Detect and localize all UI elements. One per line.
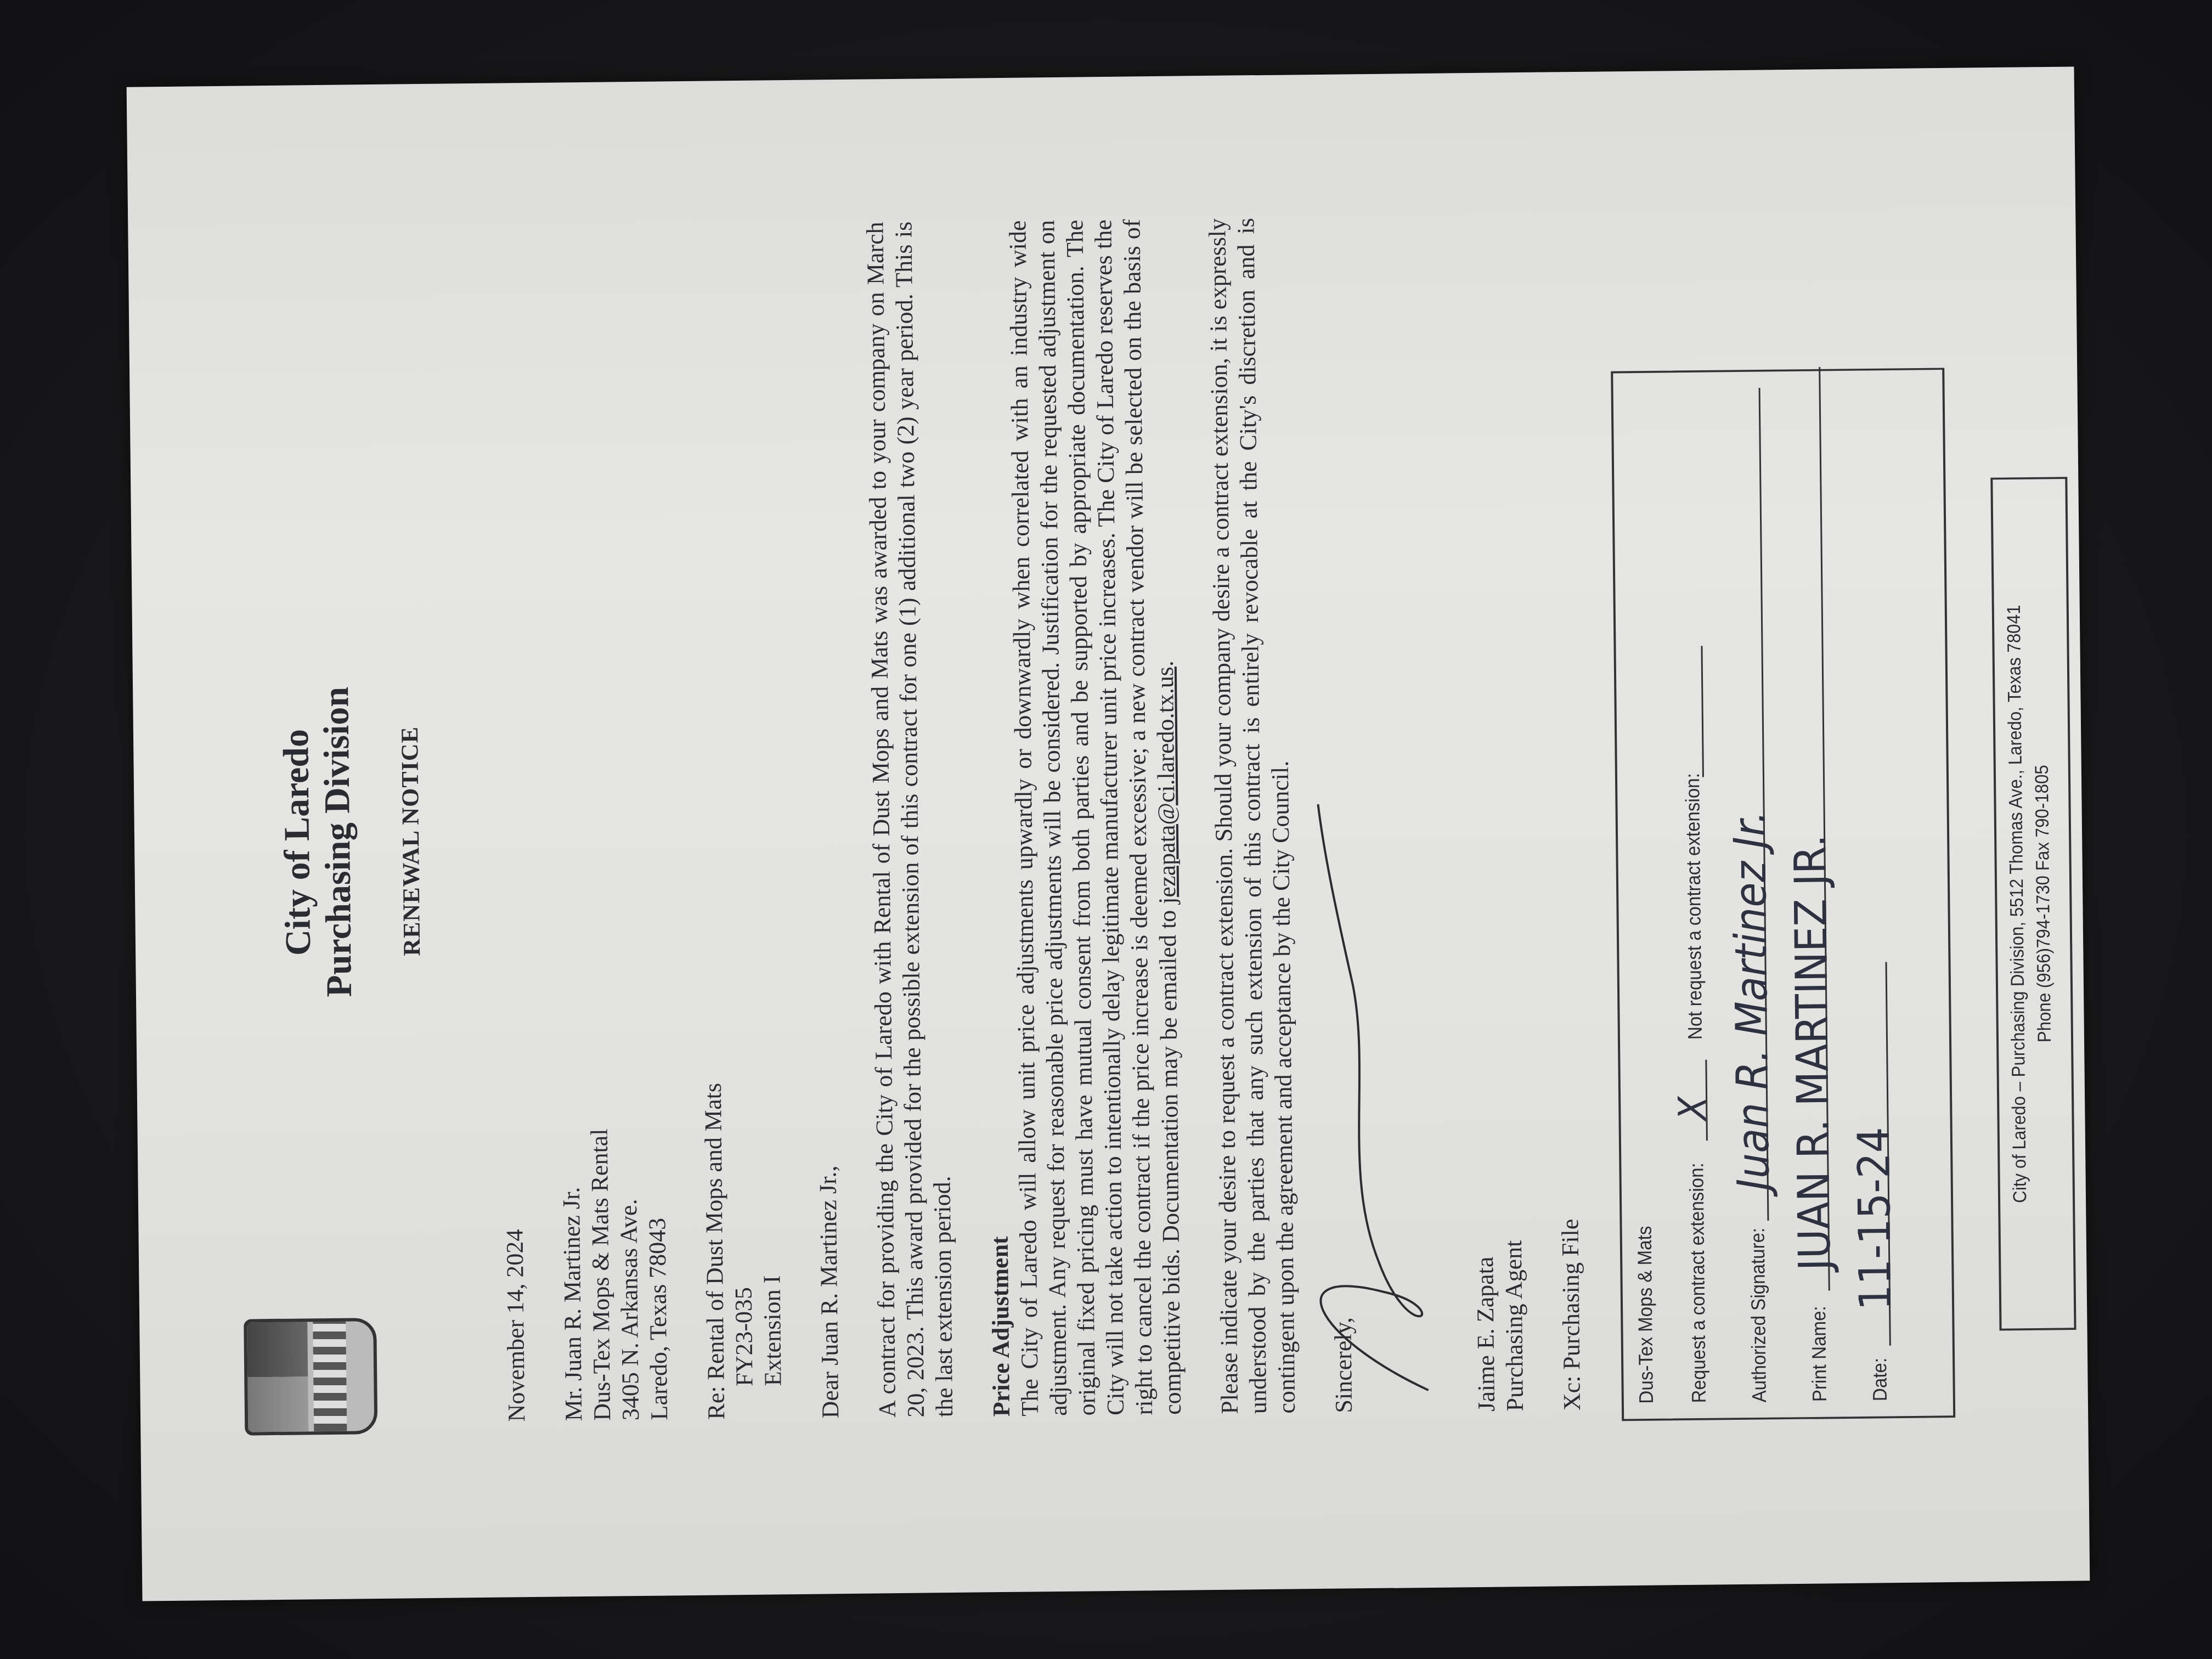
request-extension-row: Request a contract extension: X Not requ… bbox=[1647, 387, 1718, 1403]
request-extension-label: Request a contract extension: bbox=[1685, 1163, 1711, 1403]
recipient-address: Mr. Juan R. Martinez Jr. Dus-Tex Mops & … bbox=[547, 224, 674, 1421]
letter-body: November 14, 2024 Mr. Juan R. Martinez J… bbox=[490, 215, 1615, 1422]
letter-content: City of Laredo Purchasing Division RENEW… bbox=[232, 210, 2022, 1458]
print-name-row: Print Name: JUAN R. MARTINEZ JR. bbox=[1768, 386, 1839, 1402]
authorized-signature-row: Authorized Signature: Juan R. Martinez J… bbox=[1708, 387, 1779, 1403]
print-name-label: Print Name: bbox=[1807, 1306, 1831, 1402]
date-label: Date: bbox=[1868, 1358, 1892, 1402]
subject-reference: Re: Rental of Dust Mops and Mats FY23-03… bbox=[690, 223, 788, 1420]
signature-block: Sincerely, bbox=[1317, 216, 1472, 1413]
paragraph-contract: A contract for providing the City of Lar… bbox=[861, 221, 959, 1418]
email-link[interactable]: jezapata@ci.laredo.tx.us bbox=[1152, 667, 1181, 904]
copy-to: Xc: Purchasing File bbox=[1545, 215, 1587, 1410]
authorized-signature-label: Authorized Signature: bbox=[1746, 1228, 1771, 1403]
price-adjustment-section: Price Adjustment The City of Laredo will… bbox=[975, 219, 1187, 1417]
email-suffix: . bbox=[1152, 661, 1178, 667]
salutation: Dear Juan R. Martinez Jr., bbox=[804, 222, 845, 1418]
authorized-signature-value: Juan R. Martinez Jr. bbox=[1739, 811, 1765, 1191]
date-value: 11-15-24 bbox=[1863, 1127, 1887, 1310]
renewal-notice-letter: City of Laredo Purchasing Division RENEW… bbox=[127, 66, 2090, 1601]
letter-footer: City of Laredo – Purchasing Division, 55… bbox=[1990, 477, 2076, 1330]
letterhead: City of Laredo Purchasing Division RENEW… bbox=[270, 227, 431, 1457]
not-request-extension-label: Not request a contract extension: bbox=[1681, 773, 1707, 1040]
not-request-extension-field[interactable] bbox=[1701, 646, 1704, 777]
document-title: RENEWAL NOTICE bbox=[390, 227, 431, 1455]
letter-date: November 14, 2024 bbox=[490, 225, 531, 1421]
print-name-value: JUAN R. MARTINEZ JR. bbox=[1799, 834, 1826, 1271]
request-extension-mark: X bbox=[1681, 1096, 1704, 1121]
vendor-response-form: Dus-Tex Mops & Mats Request a contract e… bbox=[1611, 368, 1955, 1421]
signature-scribble-icon bbox=[1241, 797, 1483, 1403]
date-row: Date: 11-15-24 bbox=[1829, 386, 1899, 1402]
